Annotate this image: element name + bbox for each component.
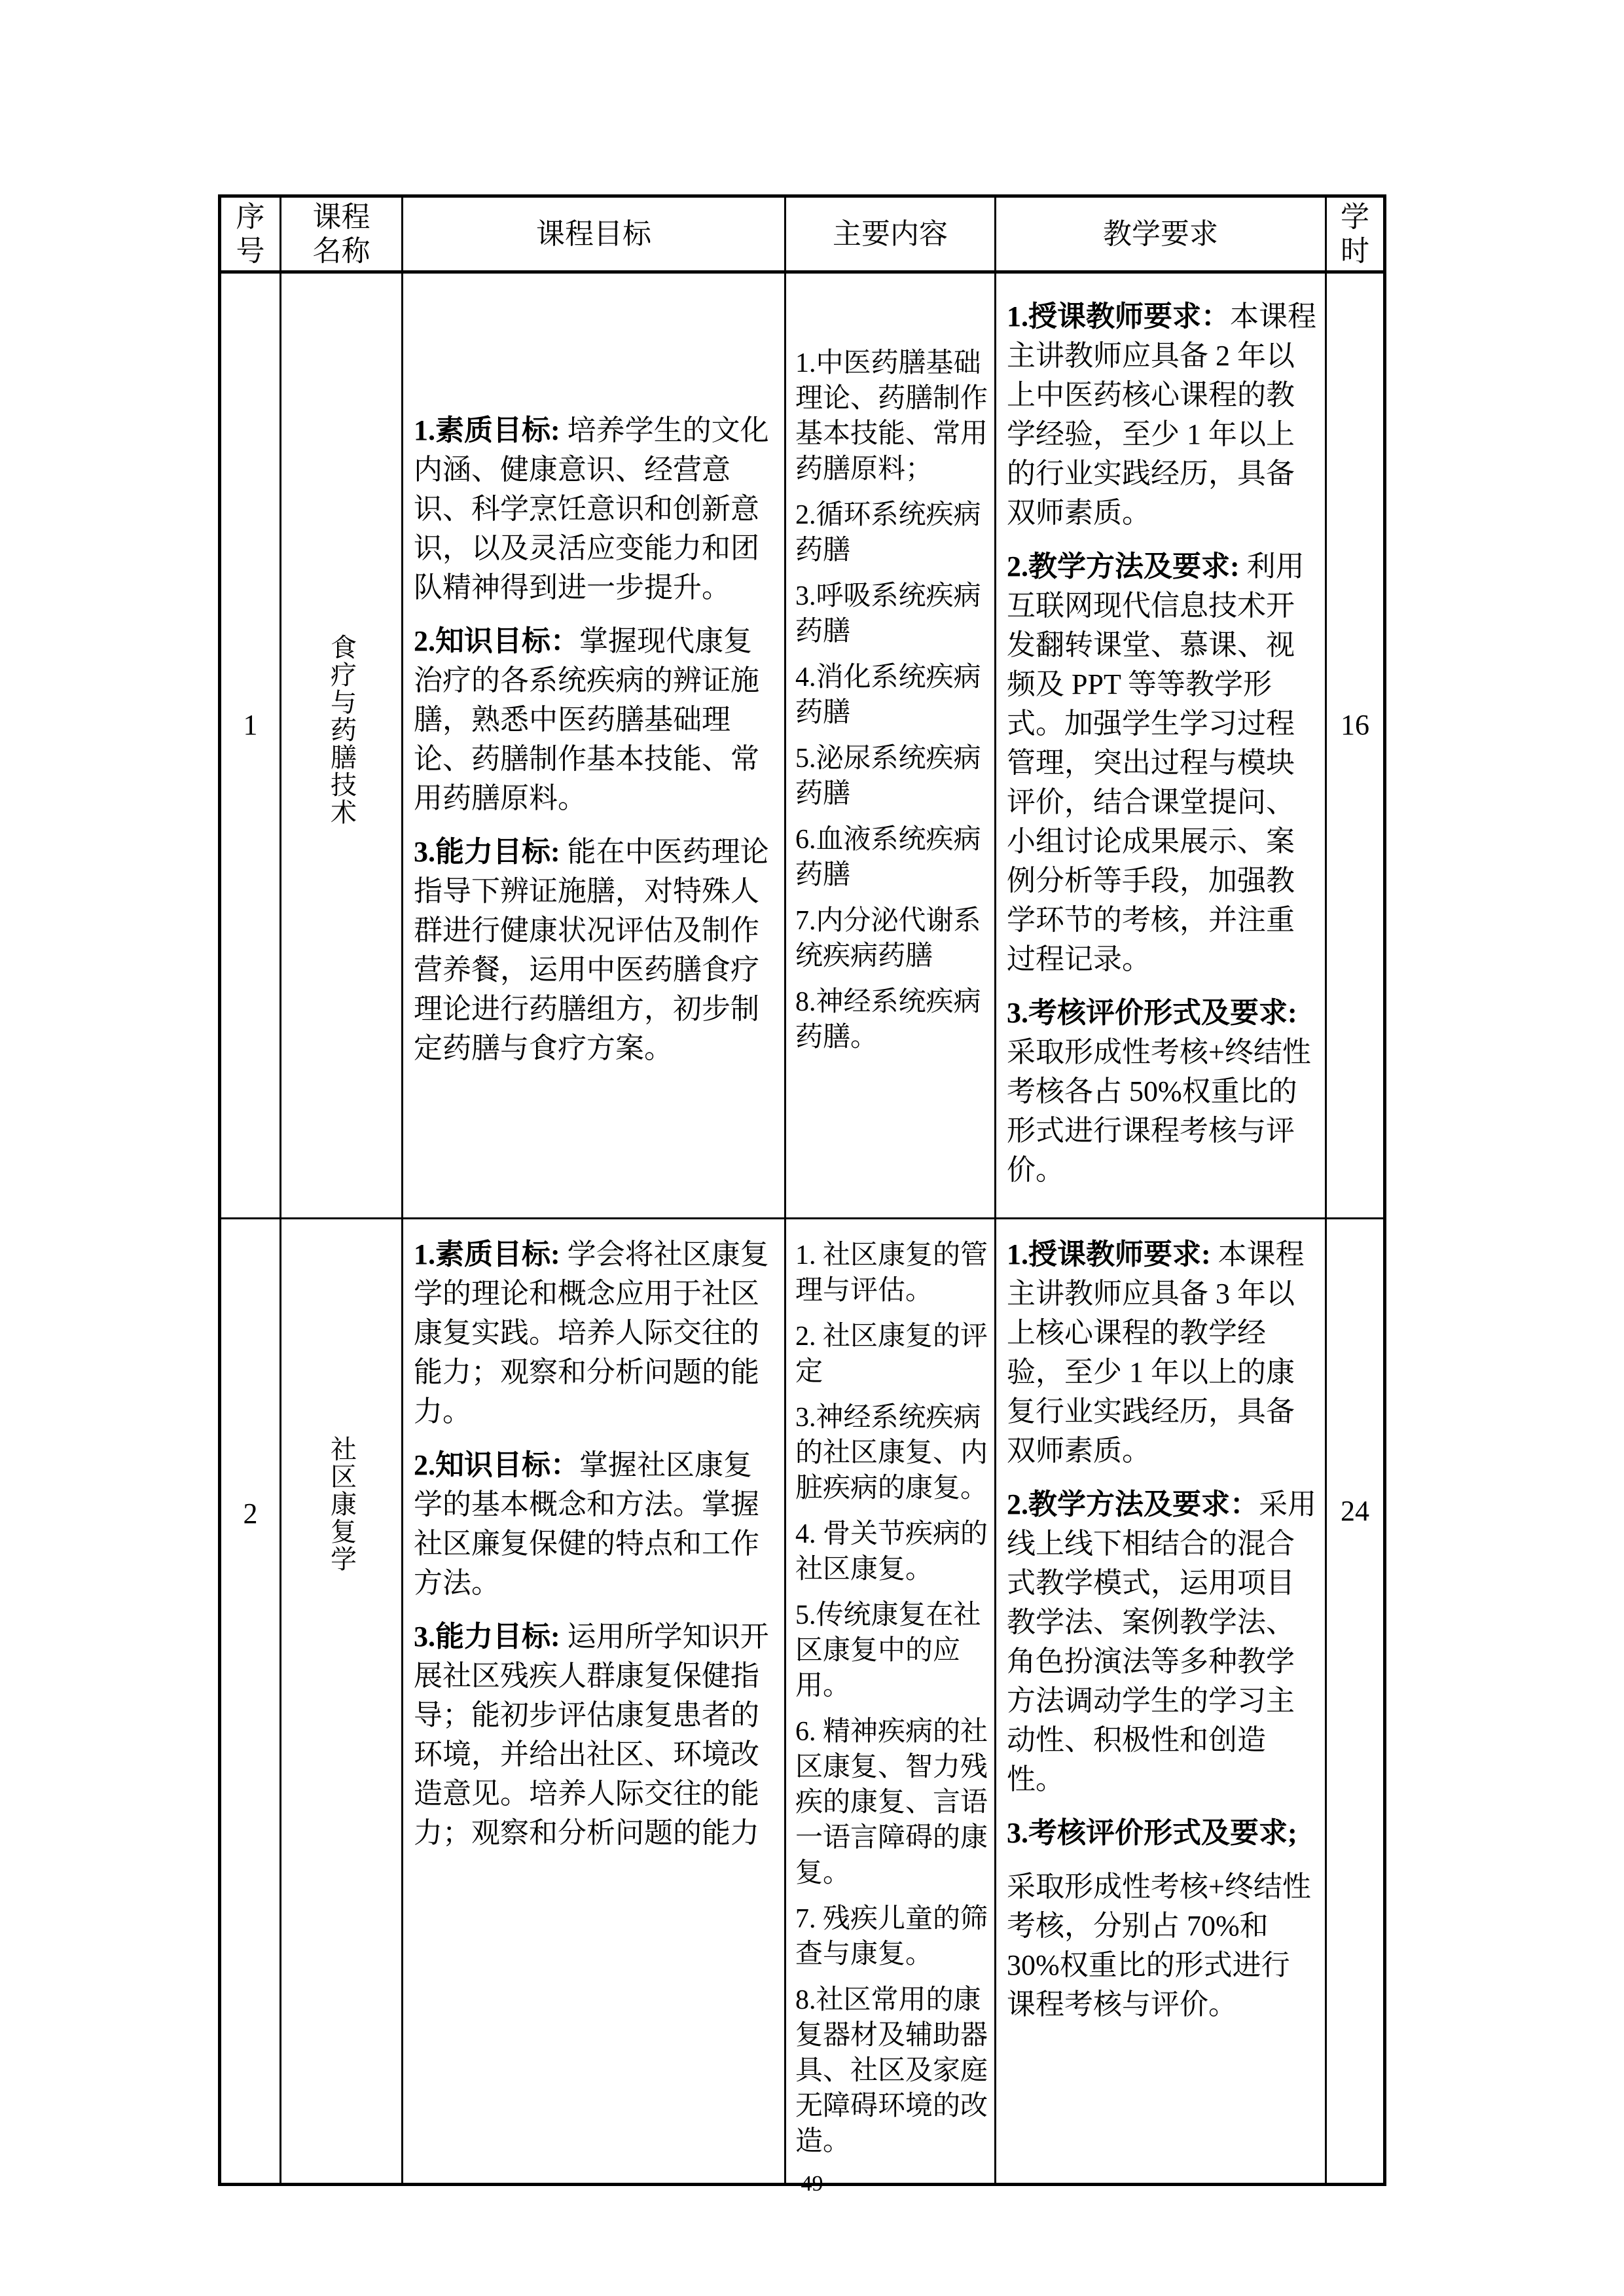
content-item: 1. 社区康复的管理与评估。 <box>795 1238 989 1308</box>
course-objectives-cell: 1.素质目标: 学会将社区康复学的理论和概念应用于社区康复实践。培养人际交往的能… <box>403 1219 785 2185</box>
content-item: 4. 骨关节疾病的社区康复。 <box>795 1516 989 1587</box>
content-item: 1.中医药膳基础理论、药膳制作基本技能、常用药膳原料； <box>795 346 989 487</box>
table-header-row: 序 号 课程 名称 课程目标 主要内容 教学要求 学 时 <box>220 196 1385 272</box>
course-name: 食疗与药膳技术 <box>329 634 355 826</box>
item-label: 2.教学方法及要求: <box>1007 550 1240 583</box>
content-item: 8.社区常用的康复器材及辅助器具、社区及家庭无障碍环境的改造。 <box>795 1982 989 2159</box>
page-number: 49 <box>0 2172 1624 2197</box>
requirement-item: 1.授课教师要求: 本课程主讲教师应具备 3 年以上核心课程的教学经验，至少 1… <box>1007 1235 1318 1471</box>
content-item: 5.泌尿系统疾病药膳 <box>795 741 989 812</box>
requirement-item: 采取形成性考核+终结性考核，分别占 70%和 30%权重比的形式进行课程考核与评… <box>1007 1867 1318 2024</box>
class-hours: 16 <box>1326 272 1385 1219</box>
item-label: 1.素质目标: <box>414 1238 560 1270</box>
class-hours: 24 <box>1326 1219 1385 2185</box>
requirement-item: 1.授课教师要求：本课程主讲教师应具备 2 年以上中医药核心课程的教学经验，至少… <box>1007 297 1318 533</box>
content-item: 4.消化系统疾病药膳 <box>795 660 989 730</box>
course-objectives-cell: 1.素质目标: 培养学生的文化内涵、健康意识、经营意识、科学烹饪意识和创新意识，… <box>403 272 785 1219</box>
main-content-cell: 1. 社区康复的管理与评估。 2. 社区康复的评定 3.神经系统疾病的社区康复、… <box>785 1219 996 2185</box>
main-content-cell: 1.中医药膳基础理论、药膳制作基本技能、常用药膳原料； 2.循环系统疾病药膳 3… <box>785 272 996 1219</box>
objective-item: 3.能力目标: 能在中医药理论指导下辨证施膳，对特殊人群进行健康状况评估及制作营… <box>414 833 778 1068</box>
objective-item: 2.知识目标：掌握社区康复学的基本概念和方法。掌握社区廉复保健的特点和工作方法。 <box>414 1446 778 1603</box>
table-row: 2 社区康复学 1.素质目标: 学会将社区康复学的理论和概念应用于社区康复实践。… <box>220 1219 1385 2185</box>
item-label: 1.素质目标: <box>414 414 560 446</box>
content-item: 5.传统康复在社区康复中的应用。 <box>795 1598 989 1704</box>
header-cell-content: 主要内容 <box>785 196 996 272</box>
header-cell-objectives: 课程目标 <box>403 196 785 272</box>
item-label: 3.考核评价形式及要求; <box>1007 1817 1297 1849</box>
objective-item: 3.能力目标: 运用所学知识开展社区残疾人群康复保健指导；能初步评估康复患者的环… <box>414 1617 778 1853</box>
item-label: 1.授课教师要求： <box>1007 300 1230 332</box>
item-label: 3.考核评价形式及要求: <box>1007 997 1297 1029</box>
content-item: 8.神经系统疾病药膳。 <box>795 984 989 1055</box>
header-cell-requirements: 教学要求 <box>996 196 1326 272</box>
objective-item: 1.素质目标: 学会将社区康复学的理论和概念应用于社区康复实践。培养人际交往的能… <box>414 1235 778 1431</box>
requirement-item: 3.考核评价形式及要求: 采取形成性考核+终结性考核各占 50%权重比的形式进行… <box>1007 994 1318 1190</box>
course-name-cell: 社区康复学 <box>281 1219 403 2185</box>
content-item: 6. 精神疾病的社区康复、智力残疾的康复、言语一语言障碍的康复。 <box>795 1714 989 1891</box>
content-item: 6.血液系统疾病药膳 <box>795 822 989 893</box>
requirement-item: 2.教学方法及要求：采用线上线下相结合的混合式教学模式，运用项目教学法、案例教学… <box>1007 1485 1318 1799</box>
course-name-cell: 食疗与药膳技术 <box>281 272 403 1219</box>
document-page: 序 号 课程 名称 课程目标 主要内容 教学要求 学 时 1 食疗与药膳技术 1… <box>0 0 1624 2296</box>
item-label: 2.知识目标： <box>414 625 579 657</box>
requirement-item: 2.教学方法及要求: 利用互联网现代信息技术开发翻转课堂、慕课、视频及 PPT … <box>1007 547 1318 979</box>
content-item: 2.循环系统疾病药膳 <box>795 497 989 568</box>
item-label: 2.知识目标： <box>414 1449 579 1481</box>
teaching-requirements-cell: 1.授课教师要求: 本课程主讲教师应具备 3 年以上核心课程的教学经验，至少 1… <box>996 1219 1326 2185</box>
content-item: 3.神经系统疾病的社区康复、内脏疾病的康复。 <box>795 1400 989 1506</box>
course-name: 社区康复学 <box>329 1435 355 1573</box>
teaching-requirements-cell: 1.授课教师要求：本课程主讲教师应具备 2 年以上中医药核心课程的教学经验，至少… <box>996 272 1326 1219</box>
row-number: 2 <box>220 1219 281 2185</box>
header-cell-no: 序 号 <box>220 196 281 272</box>
course-schedule-table: 序 号 课程 名称 课程目标 主要内容 教学要求 学 时 1 食疗与药膳技术 1… <box>218 194 1386 2186</box>
content-item: 7. 残疾儿童的筛查与康复。 <box>795 1901 989 1972</box>
header-cell-hours: 学 时 <box>1326 196 1385 272</box>
item-label: 1.授课教师要求: <box>1007 1238 1211 1270</box>
item-label: 3.能力目标: <box>414 836 560 868</box>
content-item: 3.呼吸系统疾病药膳 <box>795 579 989 649</box>
requirement-item: 3.考核评价形式及要求; <box>1007 1814 1318 1853</box>
table-row: 1 食疗与药膳技术 1.素质目标: 培养学生的文化内涵、健康意识、经营意识、科学… <box>220 272 1385 1219</box>
objective-item: 2.知识目标：掌握现代康复治疗的各系统疾病的辨证施膳，熟悉中医药膳基础理论、药膳… <box>414 622 778 818</box>
content-item: 7.内分泌代谢系统疾病药膳 <box>795 903 989 974</box>
header-cell-course-name: 课程 名称 <box>281 196 403 272</box>
item-label: 2.教学方法及要求： <box>1007 1488 1259 1520</box>
objective-item: 1.素质目标: 培养学生的文化内涵、健康意识、经营意识、科学烹饪意识和创新意识，… <box>414 411 778 607</box>
item-label: 3.能力目标: <box>414 1621 560 1653</box>
content-item: 2. 社区康复的评定 <box>795 1319 989 1390</box>
row-number: 1 <box>220 272 281 1219</box>
